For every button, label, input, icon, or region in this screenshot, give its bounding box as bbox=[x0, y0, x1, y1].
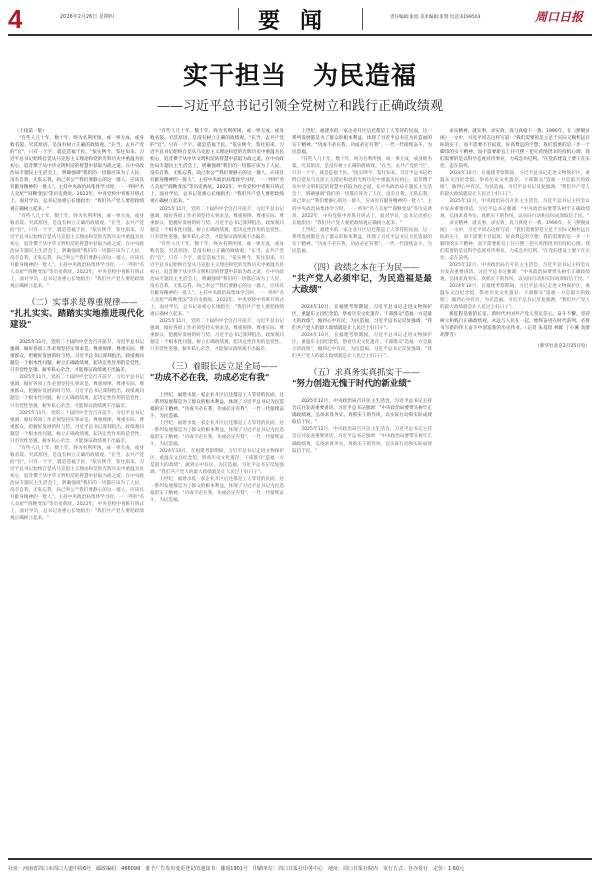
body-paragraph: 2025年11月，党的二十届四中全会召开前夕，习近平总书记强调，做好各项工作必须… bbox=[150, 206, 284, 241]
footer-imprint: 社址：河南省周口市周口大道中段6号 邮政编码：466099 准予广告发布变更登记… bbox=[8, 865, 592, 872]
body-paragraph: 2024年10月，在福建考察期间，习近平总书记走进文物保护区，重温东文昌纪念馆，… bbox=[440, 283, 590, 311]
intro-paragraph: "有些人几十年、数十年，终为名利所困，或一事无成，或身败名裂。究其原因，是没有树… bbox=[10, 135, 144, 213]
section-4-body: 2024年10月，在福建考察期间，习近平总书记走进文物保护区，重温东文昌纪念馆，… bbox=[292, 304, 432, 332]
body-paragraph: 2025年12月，中央政治局召开民主生活会，习近平总书记主持会议并发表重要讲话。… bbox=[440, 198, 590, 219]
body-paragraph: "有些人几十年、数十年，终为名利所困，或一事无成，或身败名裂。究其原因，是没有树… bbox=[150, 241, 284, 319]
body-paragraph: 上世纪，福建水低一家企业开区后还都是工人等待的民面，这一系列发展都是为了群众的根… bbox=[150, 420, 284, 448]
masthead-divider bbox=[238, 8, 239, 30]
section-3-body: 上世纪，福建水低一家企业开区后还都是工人等待的民面，这一系列发展都是为了群众的根… bbox=[150, 392, 284, 420]
body-paragraph: 求实精神，就实事，求实效，真刀真枪干一番。1990年，在《摆脱贫困》一文中，习近… bbox=[440, 128, 590, 170]
issue-date: 2026年2月26日 星期四 bbox=[60, 13, 114, 20]
closing-paragraph: 新征程是新的长征。新时代中国共产党人坚定信心、奋斗不懈，坚持树立和践行正确政绩观… bbox=[440, 311, 590, 339]
column-1: （上接第一版） "有些人几十年、数十年，终为名利所困，或一事无成，或身败名裂。究… bbox=[10, 128, 144, 856]
section-title: 要闻 bbox=[258, 4, 342, 35]
body-paragraph: 求实精神，就实事，求实效，真刀真枪干一番。1990年，在《摆脱贫困》一文中，习近… bbox=[440, 220, 590, 262]
body-paragraph: 2024年10月，在福建考察期间，习近平总书记走进文物保护区，重温东文昌纪念馆，… bbox=[150, 448, 284, 476]
subheadline: ——习近平总书记引领全党树立和践行正确政绩观 bbox=[0, 95, 600, 114]
body-paragraph: 2025年12月，中央政治局召开民主生活会，习近平总书记主持会议并发表重要讲话。… bbox=[440, 262, 590, 283]
editor-credits: 责任编辑:张旭 美术编辑:张赞 电话:6199503 bbox=[390, 14, 480, 20]
body-paragraph: "有些人几十年、数十年，终为名利所困，或一事无成，或身败名裂。究其原因，是没有树… bbox=[150, 128, 284, 206]
body-paragraph: 2025年11月，党的二十届四中全会召开前夕，习近平总书记强调，做好各项工作必须… bbox=[10, 410, 144, 445]
dateline: （新华社北京2月25日电） bbox=[440, 343, 590, 350]
column-3: 上世纪，福建水低一家企业开区后还都是工人等待的民面，这一系列发展都是为了群众的根… bbox=[292, 128, 432, 856]
body-paragraph: "有些人几十年、数十年，终为名利所困，或一事无成，或身败名裂。究其原因，是没有树… bbox=[10, 445, 144, 523]
masthead: 4 2026年2月26日 星期四 要闻 责任编辑:张旭 美术编辑:张赞 电话:6… bbox=[0, 0, 600, 36]
section-2-body: 2025年11月，党的二十届四中全会召开前夕，习近平总书记强调，做好各项工作必须… bbox=[10, 339, 144, 374]
newspaper-logo: 周口日报 bbox=[535, 8, 583, 25]
section-3-heading: （三）着眼长远立足全局—— "功成不必在我，功成必定有我" bbox=[150, 362, 284, 384]
body-paragraph: 2025年11月，党的二十届四中全会召开前夕，习近平总书记强调，做好各项工作必须… bbox=[10, 374, 144, 409]
body-paragraph: 2025年12月，中央政治局召开民主生活会，习近平总书记主持会议并发表重要讲话。… bbox=[292, 426, 432, 454]
continuation-note: （上接第一版） bbox=[10, 128, 144, 135]
body-paragraph: 上世纪，福建水低一家企业开区后还都是工人等待的民面，这一系列发展都是为了群众的根… bbox=[292, 227, 432, 255]
top-rule bbox=[8, 34, 592, 36]
column-4: 求实精神，就实事，求实效，真刀真枪干一番。1990年，在《摆脱贫困》一文中，习近… bbox=[440, 128, 590, 856]
section-4-heading: （四）政绩之本在于为民—— "共产党人必须牢记，为民造福是最大政绩" bbox=[292, 263, 432, 296]
column-2: "有些人几十年、数十年，终为名利所困，或一事无成，或身败名裂。究其原因，是没有树… bbox=[150, 128, 284, 856]
body-paragraph: 上世纪，福建水低一家企业开区后还都是工人等待的民面，这一系列发展都是为了群众的根… bbox=[150, 476, 284, 504]
body-paragraph: "有些人几十年、数十年，终为名利所困，或一事无成，或身败名裂。究其原因，是没有树… bbox=[292, 156, 432, 226]
body-paragraph: 上世纪，福建水低一家企业开区后还都是工人等待的民面，这一系列发展都是为了群众的根… bbox=[292, 128, 432, 156]
body-paragraph: "有些人几十年、数十年，终为名利所困，或一事无成，或身败名裂。究其原因，是没有树… bbox=[10, 213, 144, 291]
body-paragraph: 2025年11月，党的二十届四中全会召开前夕，习近平总书记强调，做好各项工作必须… bbox=[150, 318, 284, 353]
headline: 实干担当 为民造福 bbox=[0, 56, 600, 92]
body-paragraph: 2024年10月，在福建考察期间，习近平总书记走进文物保护区，重温东文昌纪念馆，… bbox=[440, 170, 590, 198]
section-5-heading: （五）求真务实真抓实干—— "努力创造无愧于时代的新业绩" bbox=[292, 368, 432, 390]
body-paragraph: 2024年10月，在福建考察期间，习近平总书记走进文物保护区，重温东文昌纪念馆，… bbox=[292, 332, 432, 360]
section-2-heading: （二）实事求是尊重规律—— "扎扎实实、踏踏实实地推进现代化建设" bbox=[10, 298, 144, 331]
bottom-rule bbox=[8, 858, 592, 860]
section-5-body: 2025年12月，中央政治局召开民主生活会，习近平总书记主持会议并发表重要讲话。… bbox=[292, 398, 432, 426]
masthead-divider bbox=[362, 8, 363, 30]
page-number: 4 bbox=[8, 4, 22, 35]
